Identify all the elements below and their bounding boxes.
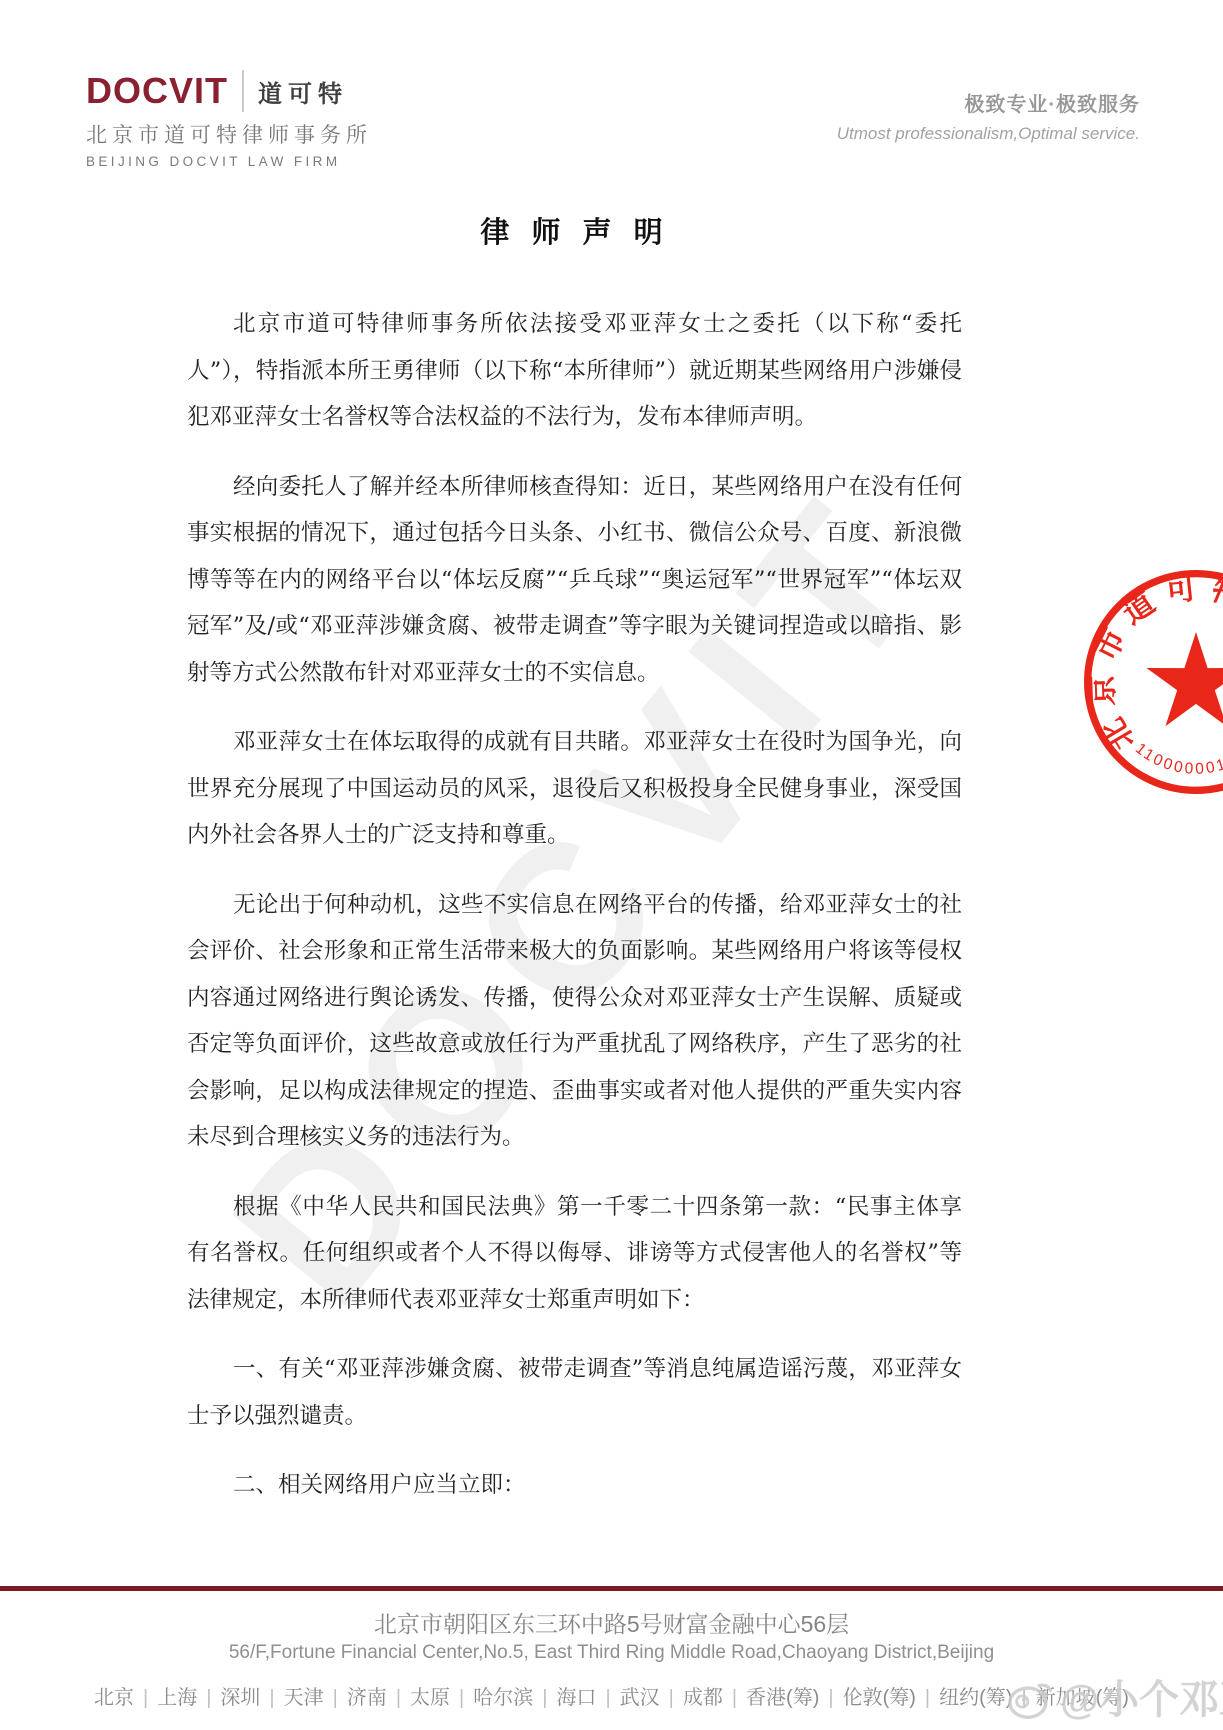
- footer-divider-line: [0, 1586, 1223, 1591]
- slogan-chinese: 极致专业·极致服务: [837, 88, 1140, 117]
- city-item: 上海: [157, 1687, 197, 1709]
- seal-star-icon: [1146, 632, 1223, 726]
- paragraph-5: 根据《中华人民共和国民法典》第一千零二十四条第一款：“民事主体享有名誉权。任何组…: [187, 1184, 962, 1324]
- city-separator: |: [387, 1687, 410, 1709]
- logo-divider: [242, 70, 244, 112]
- firm-logo: DOCVIT 道可特 北京市道可特律师事务所 BEIJING DOCVIT LA…: [86, 70, 372, 169]
- docvit-logo-wordmark: DOCVIT: [86, 70, 228, 112]
- city-separator: |: [596, 1687, 619, 1709]
- paragraph-2: 经向委托人了解并经本所律师核查得知：近日，某些网络用户在没有任何事实根据的情况下…: [187, 464, 962, 697]
- weibo-author-watermark: @小个邓亚萍: [1002, 1668, 1223, 1725]
- city-item: 北京: [94, 1687, 134, 1709]
- paragraph-3: 邓亚萍女士在体坛取得的成就有目共睹。邓亚萍女士在役时为国争光，向世界充分展现了中…: [187, 719, 962, 859]
- city-separator: |: [134, 1687, 157, 1709]
- paragraph-4: 无论出于何种动机，这些不实信息在网络平台的传播，给邓亚萍女士的社会评价、社会形象…: [187, 882, 962, 1161]
- paragraph-7: 二、相关网络用户应当立即：: [187, 1462, 962, 1509]
- weibo-eye-icon: [1002, 1670, 1056, 1724]
- city-separator: |: [916, 1687, 939, 1709]
- city-item: 武汉: [620, 1687, 660, 1709]
- slogan-english: Utmost professionalism,Optimal service.: [837, 124, 1140, 144]
- city-separator: |: [533, 1687, 556, 1709]
- city-separator: |: [450, 1687, 473, 1709]
- address-chinese: 北京市朝阳区东三环中路5号财富金融中心56层: [0, 1606, 1223, 1639]
- firm-slogan: 极致专业·极致服务 Utmost professionalism,Optimal…: [837, 88, 1140, 144]
- city-separator: |: [660, 1687, 683, 1709]
- weibo-handle-text: @小个邓亚萍: [1060, 1668, 1223, 1725]
- document-title: 律 师 声 明: [187, 210, 962, 251]
- city-separator: |: [819, 1687, 842, 1709]
- firm-name-english: BEIJING DOCVIT LAW FIRM: [86, 154, 372, 169]
- paragraph-1: 北京市道可特律师事务所依法接受邓亚萍女士之委托（以下称“委托人”），特指派本所王…: [187, 301, 962, 441]
- svg-text:1100000011: 1100000011: [1132, 740, 1223, 778]
- city-separator: |: [723, 1687, 746, 1709]
- firm-name-chinese: 北京市道可特律师事务所: [86, 119, 372, 149]
- city-separator: |: [260, 1687, 283, 1709]
- city-item: 成都: [683, 1687, 723, 1709]
- statement-document: 律 师 声 明 北京市道可特律师事务所依法接受邓亚萍女士之委托（以下称“委托人”…: [187, 210, 962, 1532]
- city-item: 伦敦(筹): [843, 1687, 916, 1709]
- city-item: 海口: [556, 1687, 596, 1709]
- city-item: 太原: [410, 1687, 450, 1709]
- city-separator: |: [197, 1687, 220, 1709]
- city-item: 哈尔滨: [473, 1687, 533, 1709]
- paragraph-6: 一、有关“邓亚萍涉嫌贪腐、被带走调查”等消息纯属造谣污蔑，邓亚萍女士予以强烈谴责…: [187, 1346, 962, 1439]
- city-item: 香港(筹): [746, 1687, 819, 1709]
- seal-stamp-icon: 北京市道可特 1100000011: [1071, 557, 1223, 807]
- seal-ring-number: 1100000011: [1132, 740, 1223, 778]
- address-english: 56/F,Fortune Financial Center,No.5, East…: [0, 1642, 1223, 1664]
- city-item: 深圳: [220, 1687, 260, 1709]
- logo-chinese-name: 道可特: [258, 74, 348, 109]
- city-separator: |: [324, 1687, 347, 1709]
- city-item: 天津: [284, 1687, 324, 1709]
- city-item: 济南: [347, 1687, 387, 1709]
- law-firm-seal: 北京市道可特 1100000011: [1071, 557, 1223, 807]
